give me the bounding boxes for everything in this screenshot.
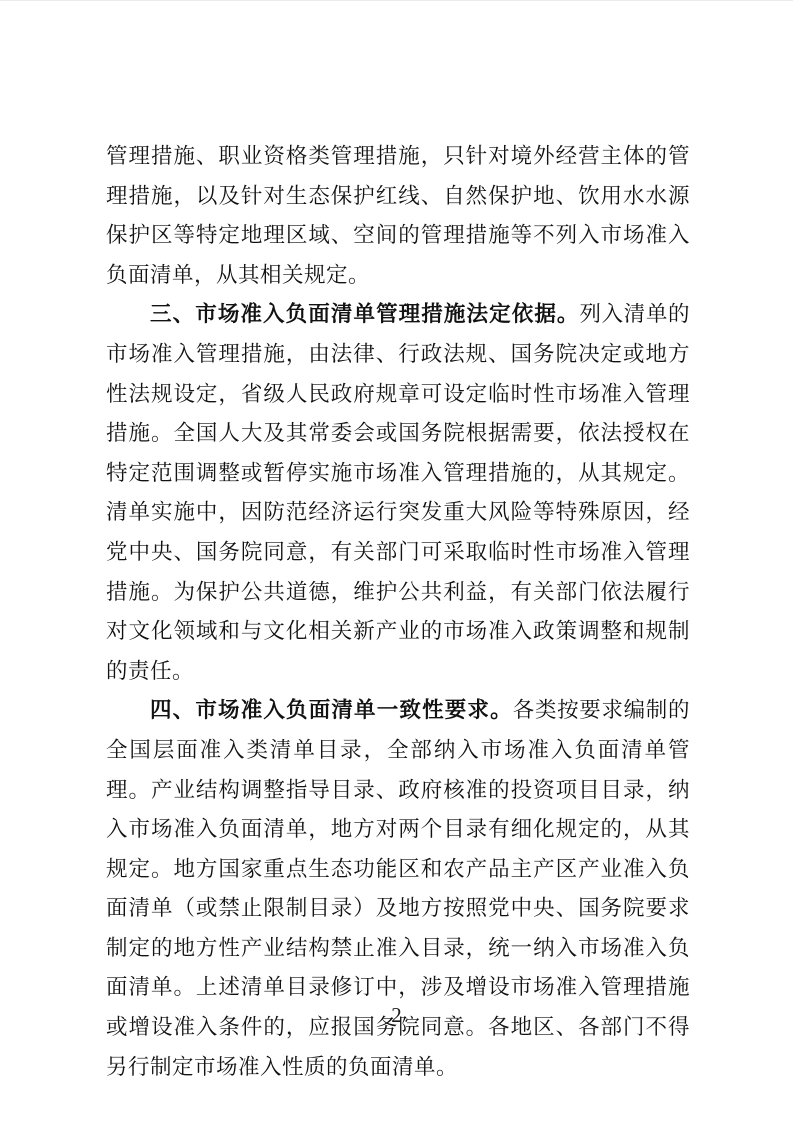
paragraph-section-3: 三、市场准入负面清单管理措施法定依据。列入清单的市场准入管理措施，由法律、行政法… [106, 295, 690, 691]
paragraph-lead: 四、市场准入负面清单一致性要求。 [150, 698, 513, 722]
page-number: 2 [0, 1003, 793, 1028]
paragraph-continuation: 管理措施、职业资格类管理措施，只针对境外经营主体的管理措施，以及针对生态保护红线… [106, 137, 690, 295]
paragraph-lead: 三、市场准入负面清单管理措施法定依据。 [150, 302, 580, 326]
paragraph-text: 列入清单的市场准入管理措施，由法律、行政法规、国务院决定或地方性法规设定，省级人… [106, 302, 690, 682]
document-page: 管理措施、职业资格类管理措施，只针对境外经营主体的管理措施，以及针对生态保护红线… [0, 0, 793, 1122]
paragraph-text: 管理措施、职业资格类管理措施，只针对境外经营主体的管理措施，以及针对生态保护红线… [106, 144, 690, 287]
text-block: 管理措施、职业资格类管理措施，只针对境外经营主体的管理措施，以及针对生态保护红线… [106, 137, 690, 1087]
